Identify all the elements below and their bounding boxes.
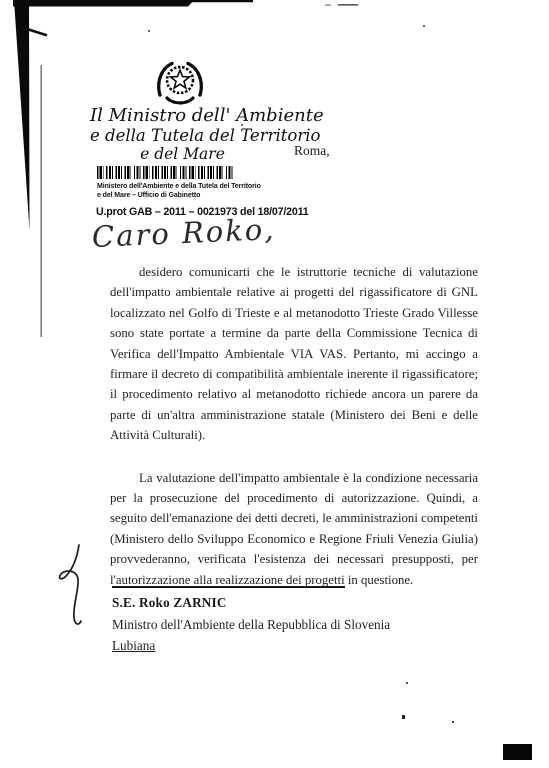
- handwritten-salutation: Caro Roko,: [91, 212, 276, 254]
- letterhead-line-1: Il Ministro dell' Ambiente: [90, 106, 275, 127]
- paragraph-1: desidero comunicarti che le istruttorie …: [110, 262, 478, 446]
- letterhead-line-2: e della Tutela del Territorio: [90, 127, 275, 146]
- scanned-letter-page: Il Ministro dell' Ambiente e della Tutel…: [0, 0, 549, 768]
- letterhead-script-title: Il Ministro dell' Ambiente e della Tutel…: [90, 106, 275, 163]
- letter-body: desidero comunicarti che le istruttorie …: [110, 262, 478, 590]
- handwritten-flourish-icon: [52, 542, 94, 637]
- signature-rule: [112, 586, 345, 588]
- italian-republic-emblem-icon: [154, 60, 206, 108]
- barcode-icon: [97, 166, 234, 179]
- office-line-1: Ministero dell'Ambiente e della Tutela d…: [97, 182, 277, 191]
- signature-title: Ministro dell'Ambiente della Repubblica …: [112, 617, 390, 633]
- paragraph-2: La valutazione dell'impatto ambientale è…: [110, 468, 478, 590]
- office-designation: Ministero dell'Ambiente e della Tutela d…: [97, 182, 277, 200]
- signature-place: Lubiana: [112, 638, 155, 654]
- office-line-2: e del Mare – Ufficio di Gabinetto: [97, 191, 277, 200]
- signature-name: S.E. Roko ZARNIC: [112, 595, 227, 611]
- dateline-city: Roma,: [294, 143, 330, 159]
- letterhead-line-3: e del Mare: [90, 146, 275, 164]
